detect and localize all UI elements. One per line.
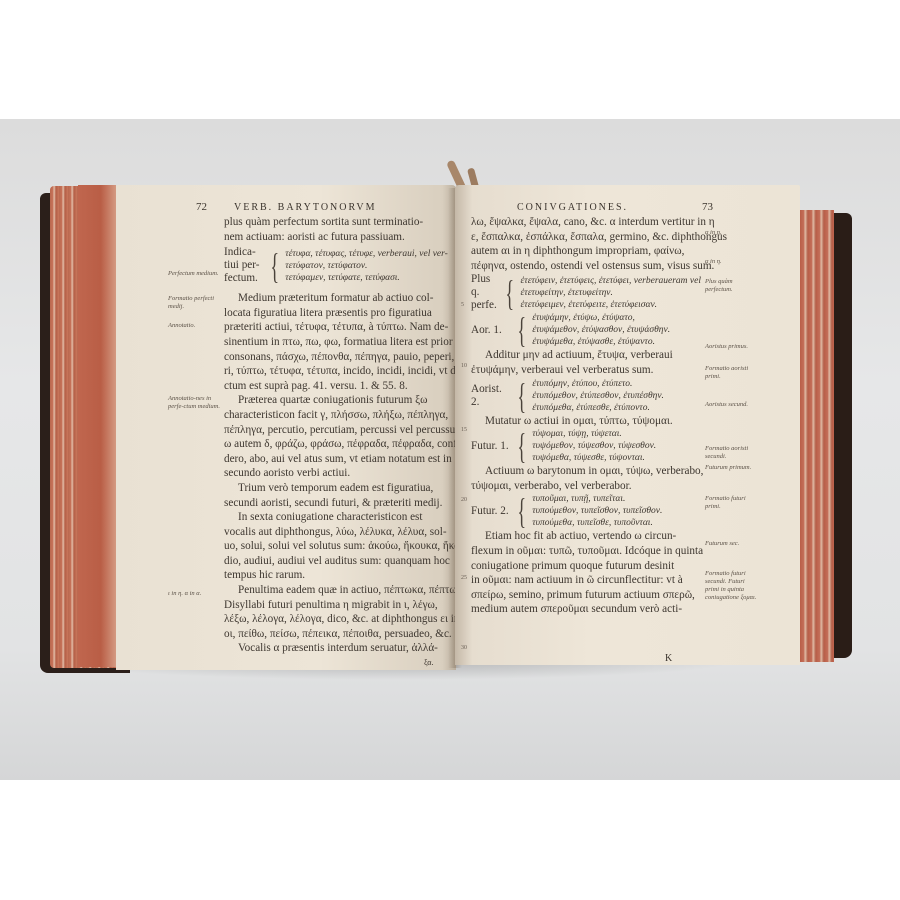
line-number: 15 [461, 427, 467, 433]
margin-note: Formatio aoristi primi. [705, 365, 759, 381]
margin-note: Formatio perfecti medij. [168, 295, 222, 311]
text-line: uo, solui, solui vel solutus sum: ἀκούω,… [224, 539, 454, 554]
paradigm-plusquamperfectum: Plus q. perfe. { ἐτετύφειν, ἐτετύφεις, ἐ… [471, 273, 701, 312]
line-number: 30 [461, 645, 467, 651]
margin-note: Aoristus secund. [705, 401, 759, 409]
text-line: coniugatione primum quoque futurum desin… [471, 559, 701, 574]
line-number: 20 [461, 497, 467, 503]
margin-note: Formatio futuri secundi. Futuri primi in… [705, 570, 759, 602]
text-line: dio, audiui, audiui vel auditus sum: qua… [224, 554, 454, 569]
text-line: ξα. [224, 656, 454, 671]
paradigm-aorist-1: Aor. 1. { ἐτυψάμην, ἐτύψω, ἐτύψατο, ἐτυψ… [471, 312, 701, 348]
text-line: characteristicon facit γ, πλήσσω, πλήξω,… [224, 408, 454, 423]
right-page: CONIVGATIONES. 73 α in η. α in η. Plus q… [455, 185, 800, 665]
text-line: medium autem σπεροῦμαι secundum verò act… [471, 602, 701, 617]
text-line: nem actiuam: aoristi ac futura passiuam. [224, 230, 454, 245]
margin-note: Formatio aoristi secundi. [705, 445, 759, 461]
right-folio: 73 [702, 201, 713, 213]
curly-brace-icon: { [517, 312, 526, 348]
text-line: πέπληγα, percutio, percutiam, percussi v… [224, 423, 454, 438]
text-line: Actiuum ω barytonum in ομαι, τύψω, verbe… [471, 464, 701, 479]
margin-note: ι in η. α in α. [168, 590, 222, 598]
text-line: Disyllabi futuri penultima η migrabit in… [224, 598, 454, 613]
red-page-edge-left-inner [78, 185, 116, 667]
text-line: tempus hic rarum. [224, 568, 454, 583]
text-line: τύψομαι, verberabo, vel verberabor. [471, 479, 701, 494]
text-line: Medium præteritum formatur ab actiuo col… [224, 291, 454, 306]
line-number: 10 [461, 363, 467, 369]
left-running-head: VERB. BARYTONORVM [234, 202, 376, 213]
text-line: Additur μην ad actiuum, ἔτυψα, verberaui [471, 348, 701, 363]
text-line: secundi aoristi, secundi futuri, & præte… [224, 496, 454, 511]
red-page-edge-right [800, 210, 834, 662]
right-body-text: λω, ἔψαλκα, ἔψαλα, cano, &c. α interdum … [471, 215, 701, 617]
curly-brace-icon: { [517, 378, 526, 414]
margin-note: Formatio futuri primi. [705, 495, 759, 511]
text-line: consonans, πάσχω, πέπονθα, πέπηγα, pauio… [224, 350, 454, 365]
text-line: ω autem δ, φράζω, φράσω, πέφραδα, πέφραδ… [224, 437, 454, 452]
text-line: λέξω, λέλογα, λέλογα, dico, &c. at dipht… [224, 612, 454, 627]
signature-mark: K [665, 653, 672, 664]
text-line: vocalis aut diphthongus, λύω, λέλυκα, λέ… [224, 525, 454, 540]
text-line: Vocalis α præsentis interdum seruatur, ἀ… [224, 641, 454, 656]
text-line: plus quàm perfectum sortita sunt termina… [224, 215, 454, 230]
text-line: πέφηνα, ostendo, ostendi vel ostensus su… [471, 259, 701, 274]
left-page: 72 VERB. BARYTONORVM Perfectum medium. F… [116, 185, 456, 670]
text-line: σπείρω, semino, primum futurum actiuum σ… [471, 588, 701, 603]
paradigm-perfectum: Indica- tiui per- fectum. { τέτυφα, τέτυ… [224, 246, 454, 285]
left-folio: 72 [196, 201, 207, 213]
margin-note: Plus quàm perfectum. [705, 278, 759, 294]
margin-note: Aoristus primus. [705, 343, 759, 351]
paradigm-label: Indica- tiui per- fectum. [224, 246, 264, 285]
text-line: Penultima eadem quæ in actiuo, πέπτωκα, … [224, 583, 454, 598]
text-line: ε, ἔσπαλκα, ἐσπάλκα, ἔσπαλα, germino, &c… [471, 230, 701, 245]
text-line: ἐτυψάμην, verberaui vel verberatus sum. [471, 363, 701, 378]
text-line: ctum est suprà pag. 41. versu. 1. & 55. … [224, 379, 454, 394]
curly-brace-icon: { [517, 493, 526, 529]
text-line: λω, ἔψαλκα, ἔψαλα, cano, &c. α interdum … [471, 215, 701, 230]
text-line: οι, πείθω, πείσω, πέπεικα, πέποιθα, pers… [224, 627, 454, 642]
text-line: præteriti actiui, τέτυφα, τέτυπα, à τύπτ… [224, 320, 454, 335]
text-line: secundo aoristo verbi actiui. [224, 466, 454, 481]
line-number: 5 [461, 302, 464, 308]
paradigm-future-1: Futur. 1. { τύψομαι, τύψῃ, τύψεται. τυψό… [471, 428, 701, 464]
curly-brace-icon: { [270, 248, 279, 284]
paradigm-aorist-2: Aorist. 2. { ἐτυπόμην, ἐτύπου, ἐτύπετο. … [471, 378, 701, 414]
text-line: Præterea quartæ coniugationis futurum ξω [224, 393, 454, 408]
text-line: Trium verò temporum eadem est figuratiua… [224, 481, 454, 496]
margin-note: Annotatio-nes in perfe-ctum medium. [168, 395, 222, 411]
text-line: autem αι in η diphthongum impropriam, φα… [471, 244, 701, 259]
text-line: dero, abo, aui vel atus sum, vt etiam no… [224, 452, 454, 467]
margin-note: Futurum sec. [705, 540, 759, 548]
text-line: locata figuratiua litera præsentis pro f… [224, 306, 454, 321]
text-line: flexum in οῦμαι: τυπῶ, τυποῦμαι. Idcóque… [471, 544, 701, 559]
text-line: Etiam hoc fit ab actiuo, vertendo ω circ… [471, 529, 701, 544]
line-number: 25 [461, 575, 467, 581]
paradigm-forms: τέτυφα, τέτυφας, τέτυφε, verberaui, vel … [285, 248, 448, 284]
leather-cover-right [832, 213, 852, 658]
margin-note: Annotatio. [168, 322, 222, 330]
curly-brace-icon: { [506, 275, 515, 311]
left-body-text: plus quàm perfectum sortita sunt termina… [224, 215, 454, 671]
margin-note: Perfectum medium. [168, 270, 222, 278]
text-line: ri, τύπτω, τέτυφα, τέτυπα, incido, incid… [224, 364, 454, 379]
text-line: in οῦμαι: nam actiuum in ῶ circunflectit… [471, 573, 701, 588]
paradigm-future-2: Futur. 2. { τυποῦμαι, τυπῇ, τυπεῖται. τυ… [471, 493, 701, 529]
text-line: Mutatur ω actiui in ομαι, τύπτω, τύψομαι… [471, 414, 701, 429]
margin-note: Futurum primum. [705, 464, 759, 472]
text-line: In sexta coniugatione characteristicon e… [224, 510, 454, 525]
right-running-head: CONIVGATIONES. [517, 202, 628, 213]
curly-brace-icon: { [517, 428, 526, 464]
text-line: sinentium in πτω, πω, φω, formatiua lite… [224, 335, 454, 350]
